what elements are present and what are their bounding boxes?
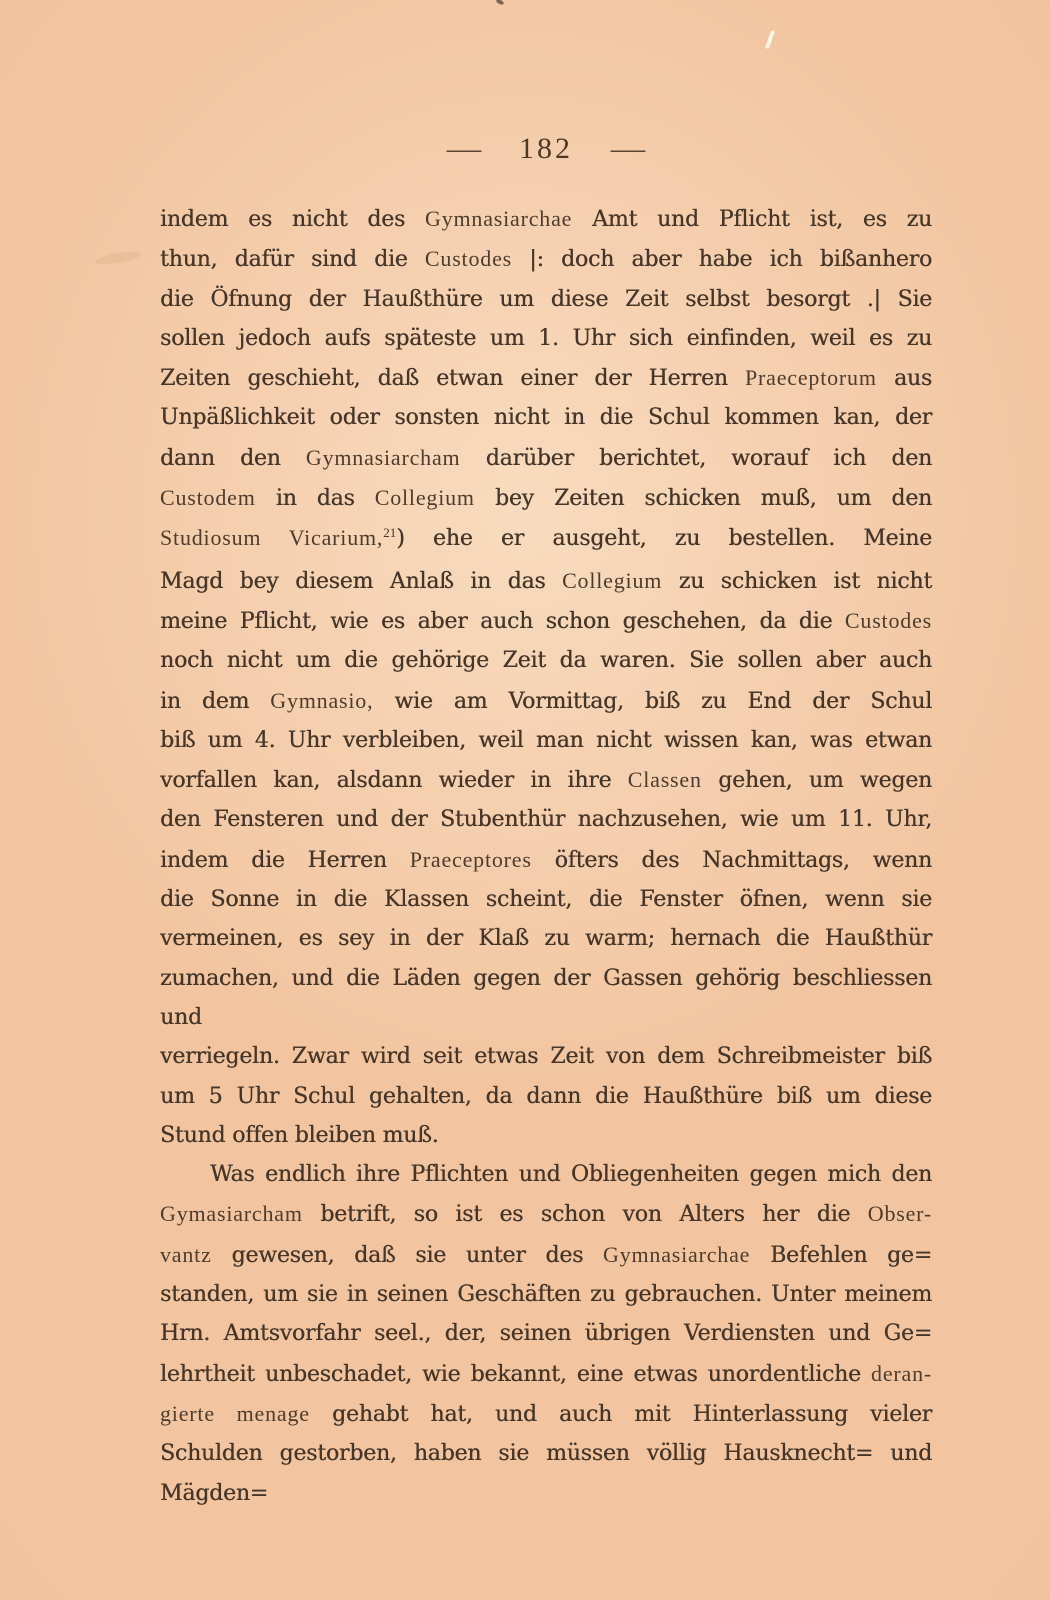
fraktur-text-segment: betrift, so ist es schon von Alters her …	[303, 1202, 868, 1227]
paper-scratch	[765, 30, 775, 49]
text-line: verriegeln. Zwar wird seit etwas Zeit vo…	[160, 1037, 932, 1076]
header-dash-right: —	[611, 132, 646, 166]
fraktur-text-segment: dann den	[160, 446, 306, 471]
paper-speck	[496, 0, 505, 6]
text-line: vermeinen, es sey in der Klaß zu warm; h…	[160, 919, 932, 958]
page-body: indem es nicht des Gymnasiarchae Amt und…	[160, 199, 932, 1513]
fraktur-text-segment: gehen, um wegen	[702, 768, 932, 793]
text-line: zumachen, und die Läden gegen der Gassen…	[160, 959, 932, 1038]
fraktur-text-segment: verriegeln. Zwar wird seit etwas Zeit vo…	[160, 1044, 932, 1069]
text-line: noch nicht um die gehörige Zeit da waren…	[160, 641, 932, 680]
text-line: gierte menage gehabt hat, und auch mit H…	[160, 1394, 932, 1434]
fraktur-text-segment: Schulden gestorben, haben sie müssen völ…	[160, 1441, 932, 1505]
latin-text-segment: Collegium	[562, 568, 662, 593]
fraktur-text-segment: Stund offen bleiben muß.	[160, 1123, 438, 1148]
text-line: Magd bey diesem Anlaß in das Collegium z…	[160, 561, 932, 601]
text-line: Studiosum Vicarium,21) ehe er ausgeht, z…	[160, 518, 932, 560]
latin-text-segment: deran-	[871, 1361, 932, 1386]
latin-text-segment: Custodes	[425, 246, 512, 271]
text-line: sollen jedoch aufs späteste um 1. Uhr si…	[160, 319, 932, 358]
latin-text-segment: Collegium	[375, 485, 475, 510]
text-line: vantz gewesen, daß sie unter des Gymnasi…	[160, 1235, 932, 1275]
fraktur-text-segment: noch nicht um die gehörige Zeit da waren…	[160, 648, 932, 673]
fraktur-text-segment: vermeinen, es sey in der Klaß zu warm; h…	[160, 926, 932, 951]
fraktur-text-segment: vorfallen kan, alsdann wieder in ihre	[160, 768, 628, 793]
text-line: vorfallen kan, alsdann wieder in ihre Cl…	[160, 760, 932, 800]
text-line: Zeiten geschieht, daß etwan einer der He…	[160, 358, 932, 398]
text-line: indem die Herren Praeceptores öfters des…	[160, 840, 932, 880]
fraktur-text-segment: Zeiten geschieht, daß etwan einer der He…	[160, 366, 745, 391]
text-line: Custodem in das Collegium bey Zeiten sch…	[160, 478, 932, 518]
text-line: Gymasiarcham betrift, so ist es schon vo…	[160, 1194, 932, 1234]
fraktur-text-segment: Hrn. Amtsvorfahr seel., der, seinen übri…	[160, 1321, 932, 1346]
fraktur-text-segment: gewesen, daß sie unter des	[212, 1243, 603, 1268]
page-number: 182	[519, 132, 573, 166]
fraktur-text-segment: wie am Vormittag, biß zu End der Schul	[373, 689, 932, 714]
fraktur-text-segment: den Fensteren und der Stubenthür nachzus…	[160, 807, 932, 832]
text-line: Stund offen bleiben muß.	[160, 1116, 932, 1155]
fraktur-text-segment: |: doch aber habe ich bißanhero	[512, 247, 932, 272]
fraktur-text-segment: Was endlich ihre Pflichten und Obliegenh…	[210, 1162, 932, 1187]
fraktur-text-segment: um 5 Uhr Schul gehalten, da dann die Hau…	[160, 1084, 932, 1109]
latin-text-segment: Gymnasiarchae	[425, 206, 572, 231]
paragraph: indem es nicht des Gymnasiarchae Amt und…	[160, 199, 932, 1155]
text-line: Hrn. Amtsvorfahr seel., der, seinen übri…	[160, 1314, 932, 1353]
fraktur-text-segment: thun, dafür sind die	[160, 247, 425, 272]
fraktur-text-segment: indem es nicht des	[160, 207, 425, 232]
fraktur-text-segment: indem die Herren	[160, 848, 410, 873]
latin-text-segment: Praeceptorum	[745, 365, 877, 390]
fraktur-text-segment: biß um 4. Uhr verbleiben, weil man nicht…	[160, 728, 932, 753]
fraktur-text-segment: gehabt hat, und auch mit Hinterlassung v…	[310, 1402, 932, 1427]
header-dash-left: —	[447, 132, 482, 166]
text-line: Schulden gestorben, haben sie müssen völ…	[160, 1434, 932, 1513]
paper-smudge	[94, 249, 141, 267]
fraktur-text-segment: in das	[256, 486, 375, 511]
text-line: die Öfnung der Haußthüre um diese Zeit s…	[160, 280, 932, 319]
text-line: Unpäßlichkeit oder sonsten nicht in die …	[160, 398, 932, 437]
latin-text-segment: Praeceptores	[410, 847, 532, 872]
footnote-reference: 21	[383, 525, 396, 540]
fraktur-text-segment: sollen jedoch aufs späteste um 1. Uhr si…	[160, 326, 932, 351]
fraktur-text-segment: Unpäßlichkeit oder sonsten nicht in die …	[160, 405, 932, 430]
fraktur-text-segment: lehrtheit unbeschadet, wie bekannt, eine…	[160, 1362, 871, 1387]
latin-text-segment: Gymnasio,	[270, 688, 373, 713]
latin-text-segment: Studiosum Vicarium,	[160, 525, 383, 550]
text-line: in dem Gymnasio, wie am Vormittag, biß z…	[160, 681, 932, 721]
text-line: die Sonne in die Klassen scheint, die Fe…	[160, 880, 932, 919]
text-line: dann den Gymnasiarcham darüber berichtet…	[160, 438, 932, 478]
fraktur-text-segment: zu schicken ist nicht	[662, 569, 932, 594]
fraktur-text-segment: standen, um sie in seinen Geschäften zu …	[160, 1282, 932, 1307]
fraktur-text-segment: Amt und Pflicht ist, es zu	[572, 207, 932, 232]
paragraph: Was endlich ihre Pflichten und Obliegenh…	[160, 1155, 932, 1513]
fraktur-text-segment: aus	[877, 366, 932, 391]
book-page-scan: — 182 — indem es nicht des Gymnasiarchae…	[0, 0, 1050, 1600]
latin-text-segment: Classen	[628, 767, 702, 792]
latin-text-segment: Custodes	[845, 608, 932, 633]
latin-text-segment: vantz	[160, 1242, 212, 1267]
fraktur-text-segment: bey Zeiten schicken muß, um den	[475, 486, 932, 511]
fraktur-text-segment: zumachen, und die Läden gegen der Gassen…	[160, 966, 932, 1030]
latin-text-segment: Gymasiarcham	[160, 1201, 303, 1226]
latin-text-segment: Gymnasiarcham	[306, 445, 461, 470]
fraktur-text-segment: öfters des Nachmittags, wenn	[532, 848, 932, 873]
text-line: um 5 Uhr Schul gehalten, da dann die Hau…	[160, 1077, 932, 1116]
text-line: lehrtheit unbeschadet, wie bekannt, eine…	[160, 1354, 932, 1394]
fraktur-text-segment: darüber berichtet, worauf ich den	[460, 446, 932, 471]
fraktur-text-segment: in dem	[160, 689, 270, 714]
text-line: Was endlich ihre Pflichten und Obliegenh…	[160, 1155, 932, 1194]
latin-text-segment: gierte menage	[160, 1401, 310, 1426]
text-line: indem es nicht des Gymnasiarchae Amt und…	[160, 199, 932, 239]
text-line: standen, um sie in seinen Geschäften zu …	[160, 1275, 932, 1314]
fraktur-text-segment: meine Pflicht, wie es aber auch schon ge…	[160, 609, 845, 634]
fraktur-text-segment: ) ehe er ausgeht, zu bestellen. Meine	[396, 526, 932, 551]
fraktur-text-segment: Magd bey diesem Anlaß in das	[160, 569, 562, 594]
page-header: — 182 —	[160, 132, 932, 166]
latin-text-segment: Custodem	[160, 485, 256, 510]
latin-text-segment: Obser-	[868, 1201, 932, 1226]
text-line: biß um 4. Uhr verbleiben, weil man nicht…	[160, 721, 932, 760]
fraktur-text-segment: Befehlen ge=	[750, 1243, 932, 1268]
fraktur-text-segment: die Öfnung der Haußthüre um diese Zeit s…	[160, 287, 932, 312]
latin-text-segment: Gymnasiarchae	[603, 1242, 750, 1267]
text-line: den Fensteren und der Stubenthür nachzus…	[160, 800, 932, 839]
text-line: meine Pflicht, wie es aber auch schon ge…	[160, 601, 932, 641]
fraktur-text-segment: die Sonne in die Klassen scheint, die Fe…	[160, 887, 932, 912]
text-line: thun, dafür sind die Custodes |: doch ab…	[160, 239, 932, 279]
